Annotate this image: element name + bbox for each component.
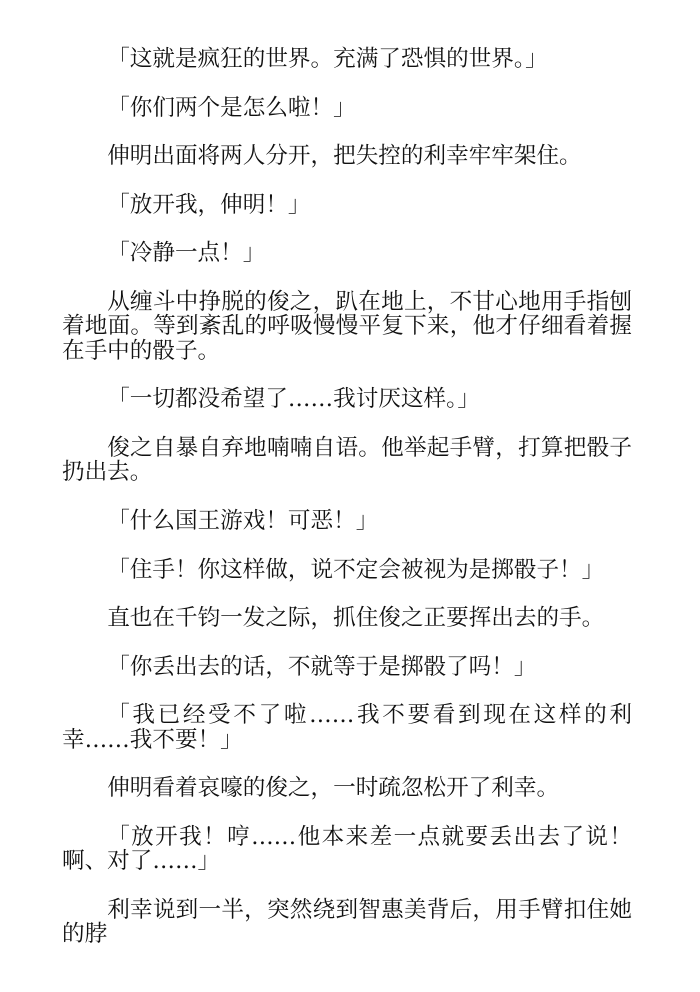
document-page: 「这就是疯狂的世界。充满了恐惧的世界。」 「你们两个是怎么啦！」 伸明出面将两人… (62, 47, 632, 971)
paragraph-6: 从缠斗中挣脱的俊之，趴在地上，不甘心地用手指刨着地面。等到紊乱的呼吸慢慢平复下来… (62, 290, 632, 363)
paragraph-5: 「冷静一点！」 (62, 241, 632, 265)
paragraph-3: 伸明出面将两人分开，把失控的利幸牢牢架住。 (62, 144, 632, 168)
paragraph-8: 俊之自暴自弃地喃喃自语。他举起手臂，打算把骰子扔出去。 (62, 436, 632, 485)
paragraph-4: 「放开我，伸明！」 (62, 193, 632, 217)
paragraph-15: 「放开我！哼……他本来差一点就要丢出去了说！啊、对了……」 (62, 825, 632, 874)
paragraph-9: 「什么国王游戏！可恶！」 (62, 509, 632, 533)
paragraph-14: 伸明看着哀嚎的俊之，一时疏忽松开了利幸。 (62, 776, 632, 800)
paragraph-10: 「住手！你这样做，说不定会被视为是掷骰子！」 (62, 558, 632, 582)
paragraph-12: 「你丢出去的话，不就等于是掷骰了吗！」 (62, 655, 632, 679)
paragraph-16: 利幸说到一半，突然绕到智惠美背后，用手臂扣住她的脖 (62, 898, 632, 947)
paragraph-11: 直也在千钧一发之际，抓住俊之正要挥出去的手。 (62, 606, 632, 630)
paragraph-1: 「这就是疯狂的世界。充满了恐惧的世界。」 (62, 47, 632, 71)
paragraph-7: 「一切都没希望了……我讨厌这样。」 (62, 387, 632, 411)
paragraph-2: 「你们两个是怎么啦！」 (62, 96, 632, 120)
paragraph-13: 「我已经受不了啦……我不要看到现在这样的利幸……我不要！」 (62, 703, 632, 752)
